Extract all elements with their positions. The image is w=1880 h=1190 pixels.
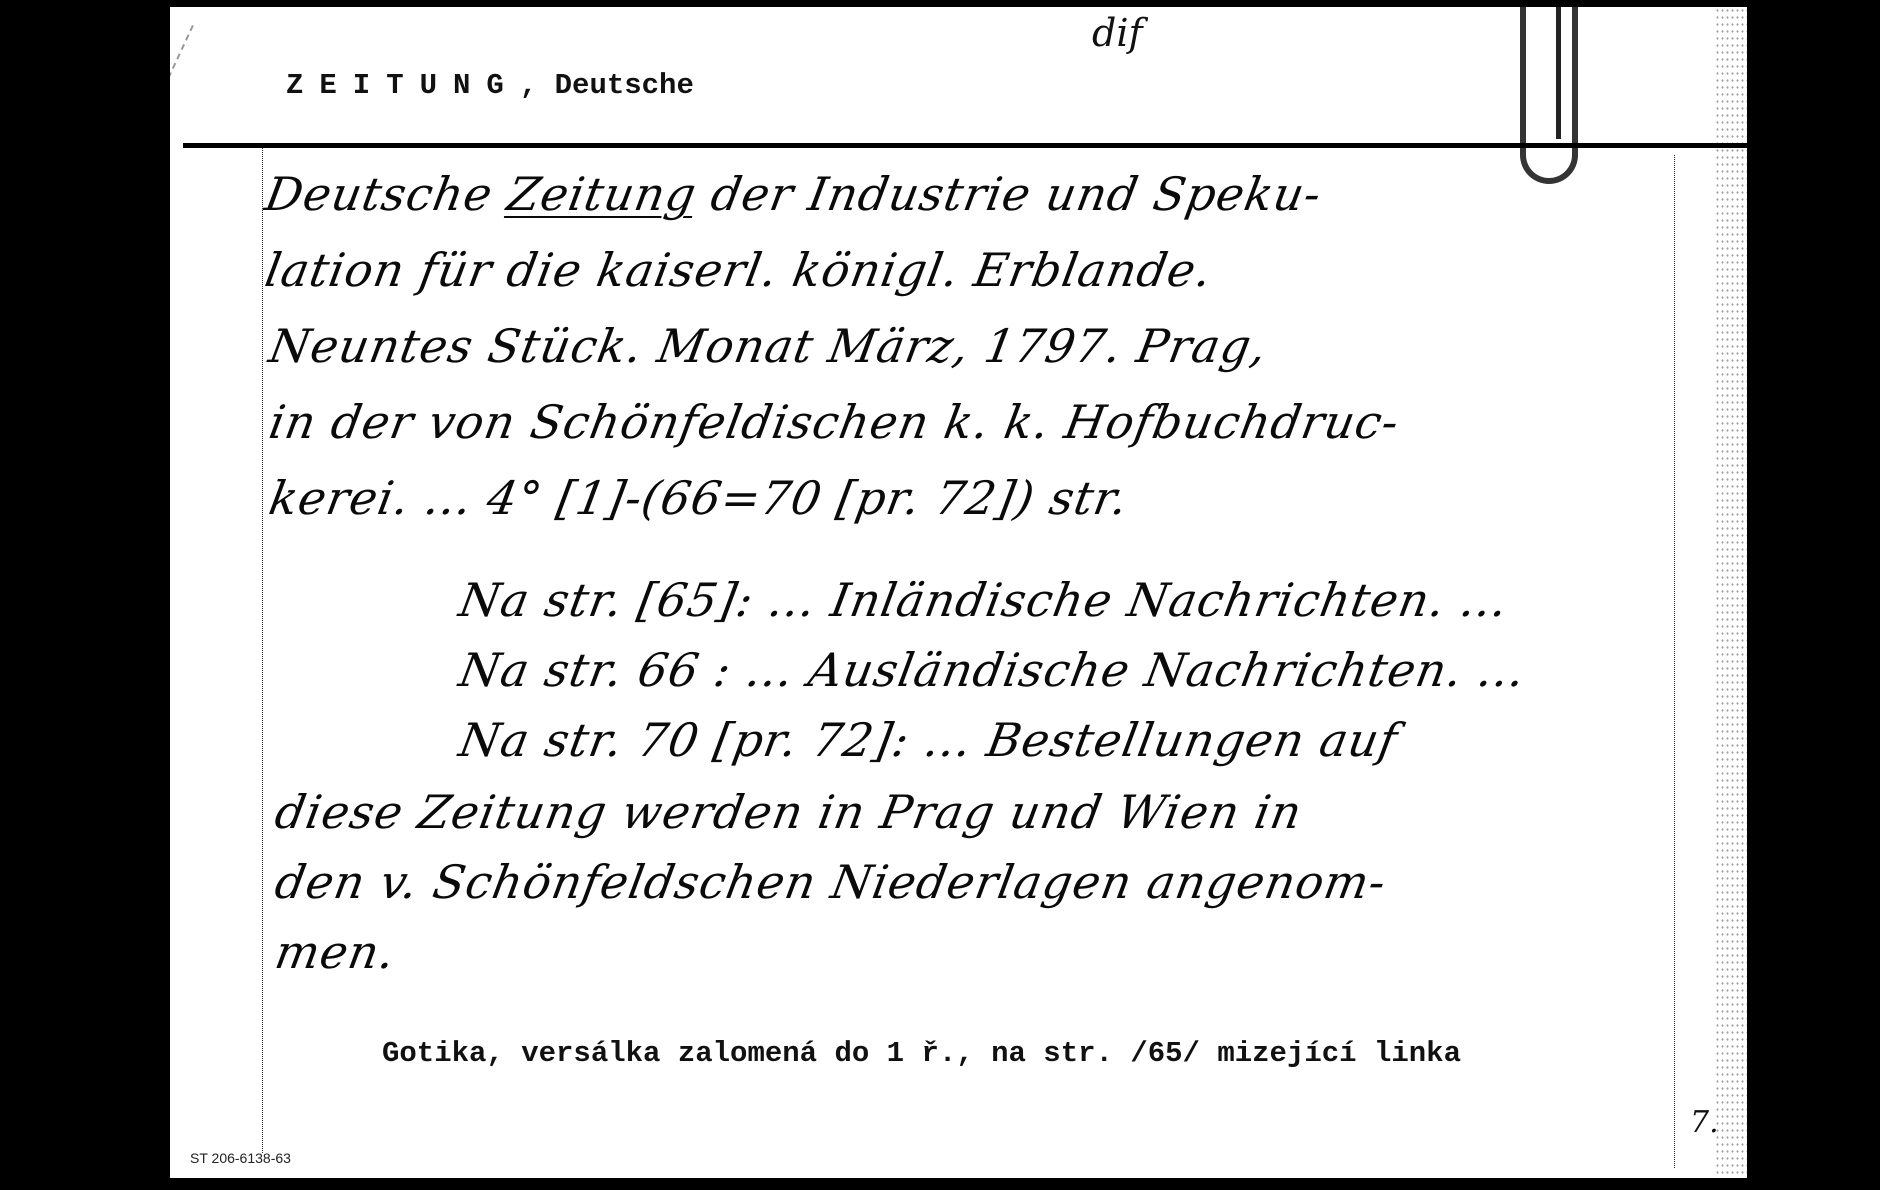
catalog-card: ZEITUNG, Deutsche dif Deutsche Zeitung d… [170, 7, 1747, 1178]
continuation-line: men. [271, 925, 400, 979]
continuation-line: diese Zeitung werden in Prag und Wien in [271, 785, 1306, 839]
left-margin-line [262, 148, 263, 1153]
top-annotation: dif [1092, 11, 1143, 55]
heading-keyword: ZEITUNG [286, 69, 520, 102]
paperclip-inner-wire [1538, 7, 1561, 139]
continuation-line: den v. Schönfeldschen Niederlagen angeno… [271, 855, 1390, 909]
typed-note: Gotika, versálka zalomená do 1 ř., na st… [382, 1037, 1461, 1070]
card-number: 7. [1690, 1105, 1719, 1140]
handwritten-line: Neuntes Stück. Monat März, 1797. Prag, [265, 319, 1271, 373]
pencil-mark [170, 25, 194, 126]
header-rule [183, 143, 1747, 148]
handwritten-line: in der von Schönfeldischen k. k. Hofbuch… [265, 395, 1403, 449]
heading-qualifier: , Deutsche [520, 69, 694, 102]
right-margin-line [1674, 155, 1675, 1168]
scan-noise [1715, 7, 1747, 1178]
contents-entry: Na str. [65]: ... Inländische Nachrichte… [455, 573, 1512, 627]
handwritten-line: kerei. ... 4° [1]-(66=70 [pr. 72]) str. [265, 471, 1132, 525]
contents-entry: Na str. 66 : ... Ausländische Nachrichte… [455, 643, 1530, 697]
underlined-title-word: Zeitung [503, 167, 701, 221]
handwritten-line: lation für die kaiserl. königl. Erblande… [261, 243, 1216, 297]
handwritten-line: Deutsche Zeitung der Industrie und Speku… [261, 167, 1326, 221]
contents-entry: Na str. 70 [pr. 72]: ... Bestellungen au… [455, 713, 1402, 767]
card-heading: ZEITUNG, Deutsche [286, 69, 694, 102]
form-code: ST 206-6138-63 [190, 1150, 291, 1166]
